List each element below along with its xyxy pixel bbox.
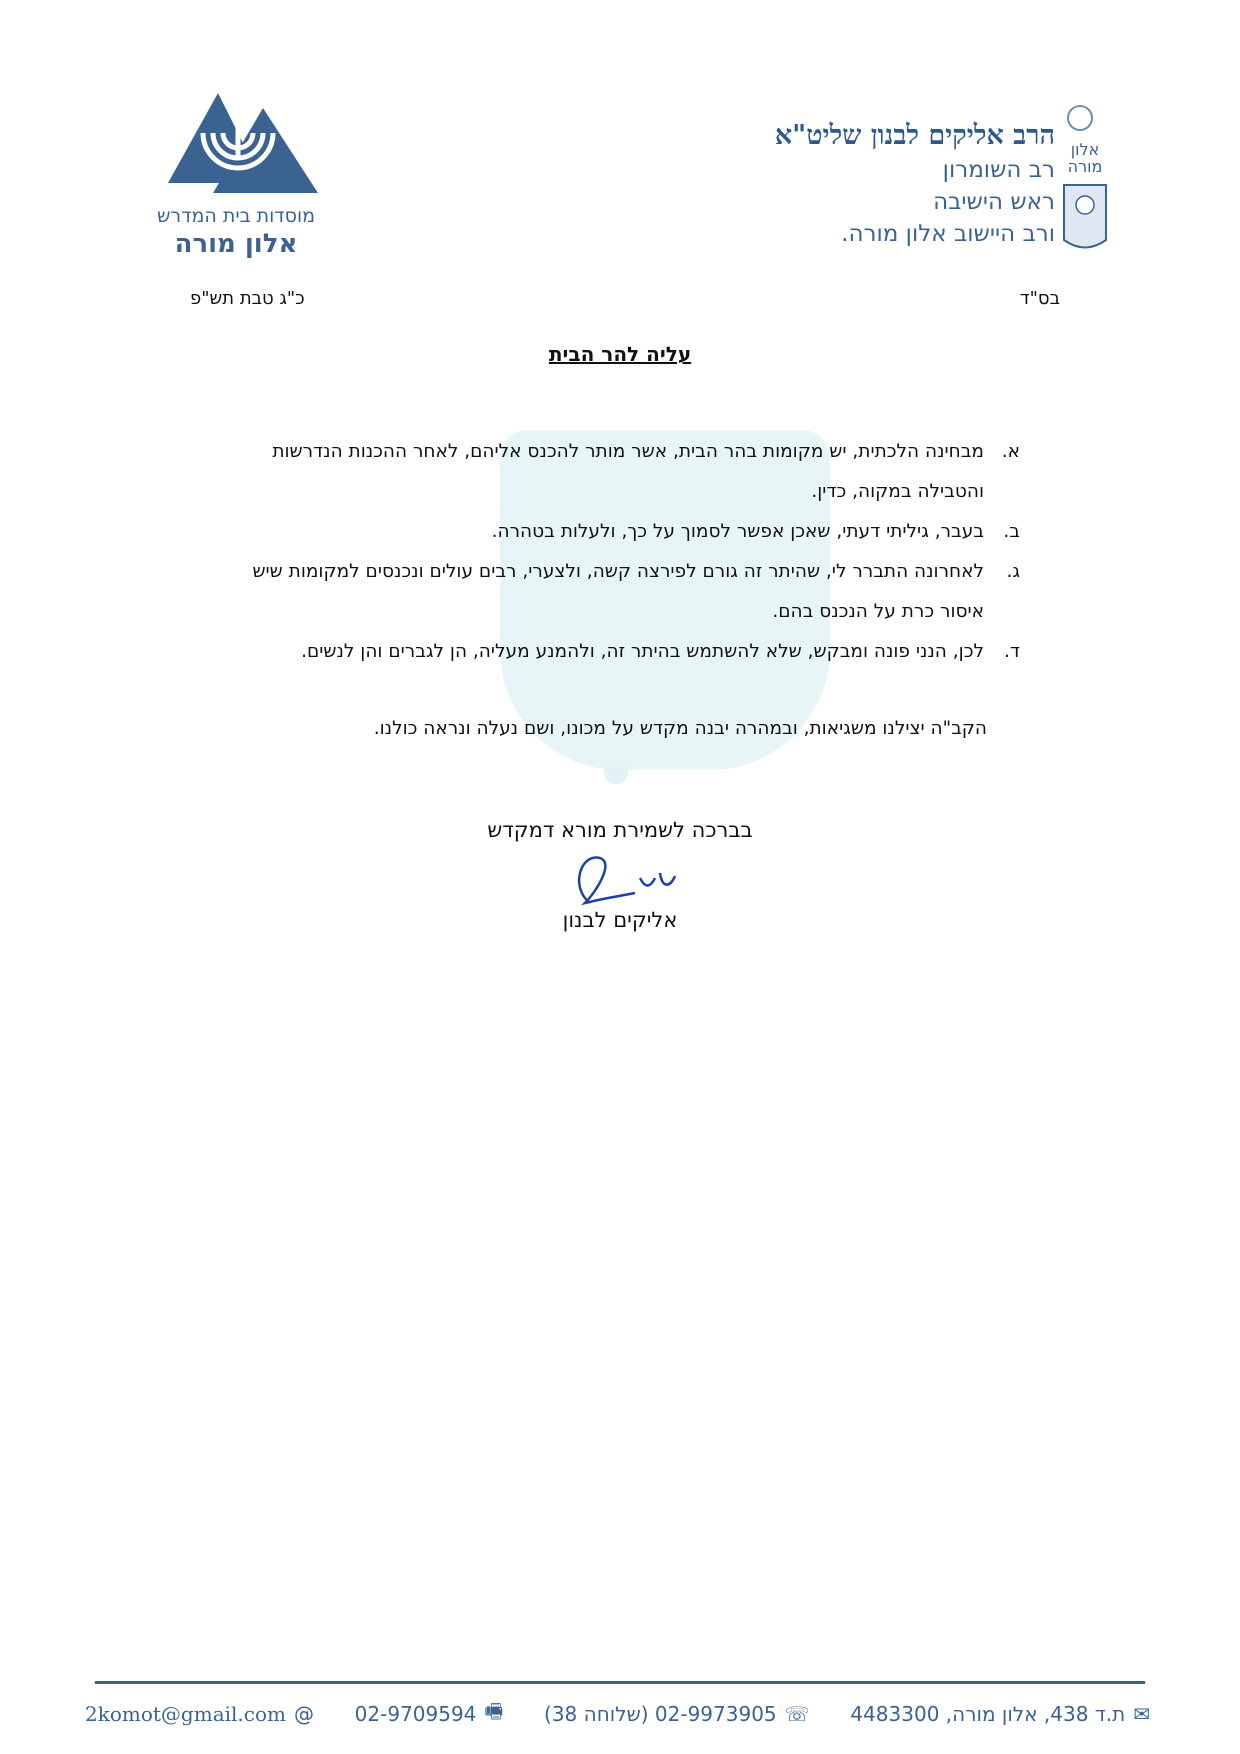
fax-icon: 🖷 xyxy=(484,1697,503,1731)
blessing: בברכה לשמירת מורא דמקדש xyxy=(0,818,1240,842)
at-icon: @ xyxy=(294,1702,314,1726)
hebrew-date: כ"ג טבת תש"פ xyxy=(190,288,305,309)
letterhead: הרב אליקים לבנון שליט"א רב השומרון ראש ה… xyxy=(775,118,1055,250)
envelope-icon: ✉ xyxy=(1133,1702,1150,1726)
footer-address: ת.ד 438, אלון מורה, 4483300 ✉ xyxy=(850,1702,1150,1726)
list-item: ג. לאחרונה התברר לי, שהיתר זה גורם לפירצ… xyxy=(230,552,1020,632)
org-name-line2: אלון מורה xyxy=(130,228,342,260)
footer-divider xyxy=(95,1681,1145,1684)
footer-email: 2komot@gmail.com @ xyxy=(85,1702,314,1726)
menorah-mountain-logo-icon xyxy=(163,88,323,198)
postal-address: ת.ד 438, אלון מורה, 4483300 xyxy=(850,1702,1125,1726)
list-item: ד. לכן, הנני פונה ומבקש, שלא להשתמש בהית… xyxy=(230,632,1020,672)
list-marker: ג. xyxy=(984,552,1020,632)
list-item: א. מבחינה הלכתית, יש מקומות בהר הבית, אש… xyxy=(230,432,1020,512)
town-emblem-icon: אלון מורה xyxy=(1060,100,1110,260)
letter-body: א. מבחינה הלכתית, יש מקומות בהר הבית, אש… xyxy=(230,432,1020,672)
letter-title: עליה להר הבית xyxy=(0,342,1240,366)
fax-number: 02-9709594 xyxy=(355,1702,477,1726)
bsd-mark: בס"ד xyxy=(1020,288,1060,309)
org-name-line1: מוסדות בית המדרש xyxy=(130,204,342,228)
footer: 2komot@gmail.com @ 02-9709594 🖷 02-99739… xyxy=(85,1697,1150,1731)
email-link[interactable]: 2komot@gmail.com xyxy=(85,1702,286,1726)
list-item: ב. בעבר, גיליתי דעתי, שאכן אפשר לסמוך על… xyxy=(230,512,1020,552)
org-name: מוסדות בית המדרש אלון מורה xyxy=(130,204,342,260)
watermark-dot xyxy=(604,760,628,784)
closing-sentence: הקב"ה יצילנו משגיאות, ובמהרה יבנה מקדש ע… xyxy=(374,718,987,739)
footer-phone: 02-9973905 (שלוחה 38) ☏ xyxy=(544,1702,810,1726)
list-marker: ב. xyxy=(984,512,1020,552)
rabbi-title-2: ראש הישיבה xyxy=(775,186,1055,218)
rabbi-name: הרב אליקים לבנון שליט"א xyxy=(775,118,1055,154)
list-text: לאחרונה התברר לי, שהיתר זה גורם לפירצה ק… xyxy=(230,552,984,632)
footer-fax: 02-9709594 🖷 xyxy=(355,1697,504,1731)
phone-number: 02-9973905 (שלוחה 38) xyxy=(544,1702,777,1726)
rabbi-title-3: ורב היישוב אלון מורה. xyxy=(775,218,1055,250)
list-text: בעבר, גיליתי דעתי, שאכן אפשר לסמוך על כך… xyxy=(230,512,984,552)
list-marker: ד. xyxy=(984,632,1020,672)
list-text: מבחינה הלכתית, יש מקומות בהר הבית, אשר מ… xyxy=(230,432,984,512)
letter-page: מוסדות בית המדרש אלון מורה הרב אליקים לב… xyxy=(0,0,1240,1754)
svg-text:מורה: מורה xyxy=(1068,157,1103,176)
phone-icon: ☏ xyxy=(785,1702,810,1726)
list-text: לכן, הנני פונה ומבקש, שלא להשתמש בהיתר ז… xyxy=(230,632,984,672)
rabbi-title-1: רב השומרון xyxy=(775,154,1055,186)
list-marker: א. xyxy=(984,432,1020,512)
signer-name: אליקים לבנון xyxy=(0,908,1240,932)
